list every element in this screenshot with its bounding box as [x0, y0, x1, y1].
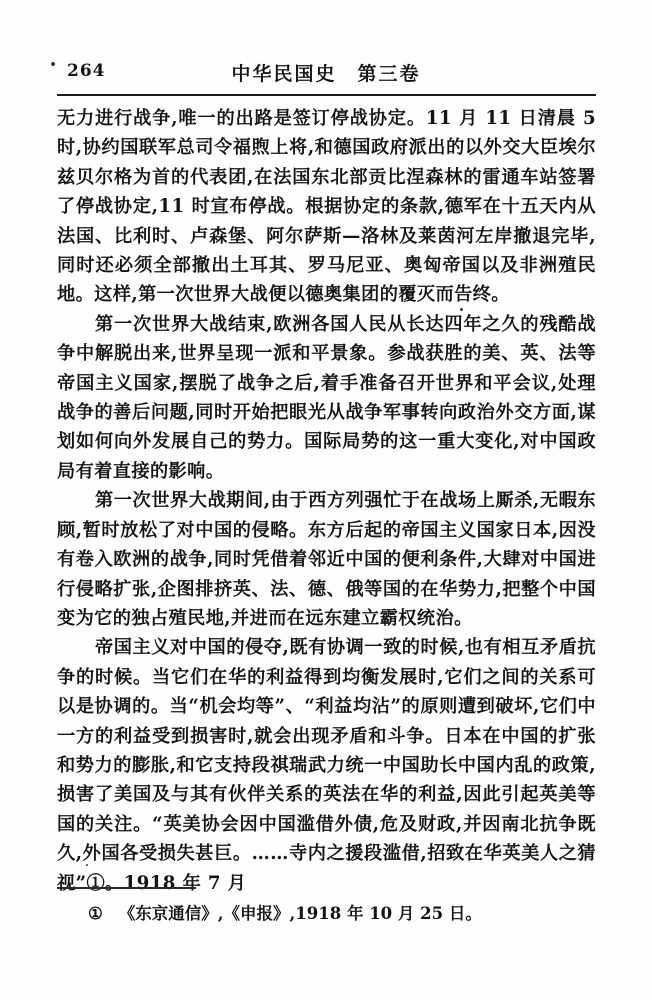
paragraph: 第一次世界大战期间,由于西方列强忙于在战场上厮杀,无暇东顾,暂时放松了对中国的侵…	[57, 486, 596, 633]
body-text: 无力进行战争,唯一的出路是签订停战协定。11 月 11 日清晨 5 时,协约国联…	[57, 104, 596, 898]
paragraph: 无力进行战争,唯一的出路是签订停战协定。11 月 11 日清晨 5 时,协约国联…	[57, 104, 596, 310]
footnote-separator	[57, 887, 196, 889]
scan-speck	[51, 62, 55, 66]
page-title: 中华民国史 第三卷	[57, 59, 595, 86]
scan-speck	[460, 308, 463, 311]
footnote-text: 《东京通信》,《申报》,1918 年 10 月 25 日。	[119, 904, 482, 923]
paragraph: 帝国主义对中国的侵夺,既有协调一致的时候,也有相互矛盾抗争的时候。当它们在华的利…	[57, 633, 596, 898]
header-rule	[57, 94, 596, 96]
footnote-marker: ①	[88, 904, 103, 923]
paragraph: 第一次世界大战结束,欧洲各国人民从长达四年之久的残酷战争中解脱出来,世界呈现一派…	[57, 310, 596, 486]
book-page: 264 中华民国史 第三卷 无力进行战争,唯一的出路是签订停战协定。11 月 1…	[0, 0, 652, 1000]
running-header: 264 中华民国史 第三卷	[57, 58, 595, 86]
footnote: ①《东京通信》,《申报》,1918 年 10 月 25 日。	[88, 903, 588, 925]
scan-speck	[86, 864, 88, 866]
